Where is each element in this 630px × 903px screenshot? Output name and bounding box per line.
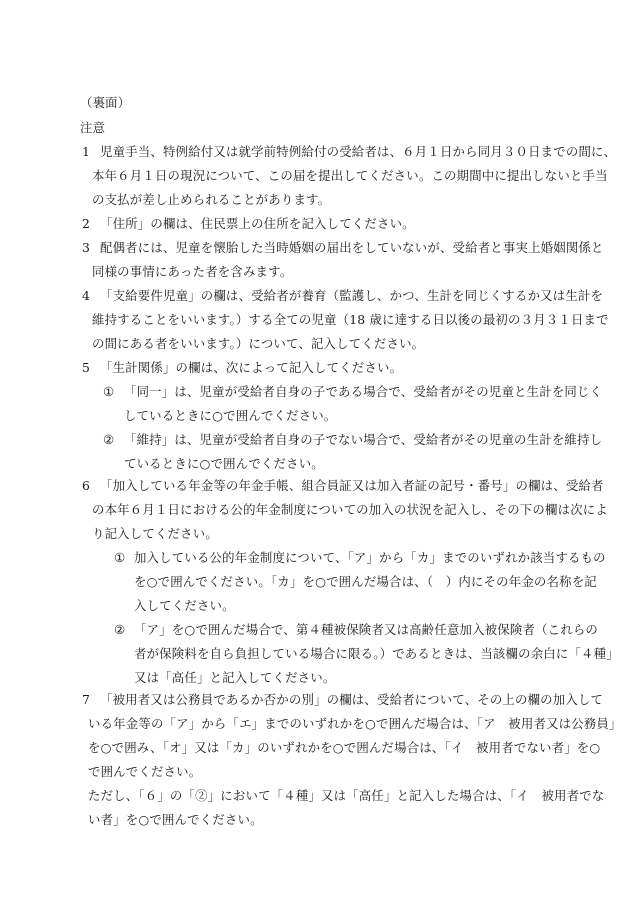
item-number: 2 [82, 216, 90, 232]
subitem-text-line: 「維持」は、児童が受給者自身の子でない場合で、受給者がその児童の生計を維持し [124, 432, 602, 448]
item-text-line: 配偶者には、児童を懐胎した当時婚姻の届出をしていないが、受給者と事実上婚姻関係と [100, 240, 604, 256]
subitem-text-line: 加入している公的年金制度について、「ア」から「カ」までのいずれか該当するもの [134, 550, 606, 566]
item-text-line: の間にある者をいいます。）について、記入してください。 [92, 336, 424, 352]
subitem-marker: ① [114, 550, 125, 566]
item-text-line: 「生計関係」の欄は、次によって記入してください。 [100, 360, 402, 376]
item-text-line: 同様の事情にあった者を含みます。 [92, 264, 292, 280]
item-text-line: 「被用者又は公務員であるか否かの別」の欄は、受給者について、その上の欄の加入して [100, 692, 603, 708]
item-text-line: 「住所」の欄は、住民票上の住所を記入してください。 [100, 216, 415, 232]
subitem-text-line: 「ア」を○で囲んだ場合で、第４種被保険者又は高齢任意加入被保険者（これらの [134, 622, 598, 638]
document-page: （裏面） 注意 1 児童手当、特例給付又は就学前特例給付の受給者は、６月１日から… [0, 0, 630, 903]
item-text-line: 児童手当、特例給付又は就学前特例給付の受給者は、６月１日から同月３０日までの間に… [100, 144, 616, 160]
subitem-marker: ② [114, 622, 125, 638]
item-number: 5 [82, 360, 90, 376]
item-text-line: を○で囲み、「オ」又は「カ」のいずれかを○で囲んだ場合は、「イ 被用者でない者」… [88, 740, 600, 756]
subitem-text-line: 又は「高任」と記入してください。 [134, 670, 335, 686]
item-text-line: の支払が差し止められることがあります。 [92, 192, 330, 208]
item-text-line: 本年６月１日の現況について、この届を提出してください。この期間中に提出しないと手… [92, 168, 608, 184]
item-text-line: 「加入している年金等の年金手帳、組合員証又は加入者証の記号・番号」の欄は、受給者 [100, 478, 604, 494]
item-number: 1 [82, 144, 90, 160]
subitem-marker: ② [103, 432, 114, 448]
subitem-text-line: 「同一」は、児童が受給者自身の子である場合で、受給者がその児童と生計を同じく [124, 384, 602, 400]
item-text-line: いる年金等の「ア」から「エ」までのいずれかを○で囲んだ場合は、「ア 被用者又は公… [88, 716, 622, 732]
item-text-line: の本年６月１日における公的年金制度についての加入の状況を記入し、その下の欄は次に… [92, 502, 608, 518]
subitem-marker: ① [103, 384, 114, 400]
item-text-line: ただし、「６」の「②」において「４種」又は「高任」と記入した場合は、「イ 被用者… [88, 788, 604, 804]
item-text-line: 「支給要件児童」の欄は、受給者が養育（監護し、かつ、生計を同じくするか又は生計を [100, 288, 603, 304]
notes-heading: 注意 [80, 120, 105, 136]
item-number: 3 [82, 240, 90, 256]
subitem-text-line: しているときに○で囲んでください。 [124, 408, 336, 424]
item-number: 6 [82, 478, 90, 494]
item-number: 7 [82, 692, 90, 708]
item-text-line: 維持することをいいます。）する全ての児童（18 歳に達する日以後の最初の３月３１… [92, 312, 609, 328]
subitem-text-line: 者が保険料を自ら負担している場合に限る。）であるときは、当該欄の余白に「４種」 [134, 646, 619, 662]
item-text-line: り記入してください。 [92, 526, 218, 542]
item-number: 4 [82, 288, 90, 304]
side-label: （裏面） [80, 95, 130, 111]
item-text-line: で囲んでください。 [88, 764, 201, 780]
subitem-text-line: を○で囲んでください。「カ」を○で囲んだ場合は、（ ）内にその年金の名称を記 [134, 574, 597, 590]
subitem-text-line: 入してください。 [134, 598, 235, 614]
subitem-text-line: ているときに○で囲んでください。 [124, 456, 324, 472]
item-text-line: い者」を○で囲んでください。 [88, 812, 263, 828]
